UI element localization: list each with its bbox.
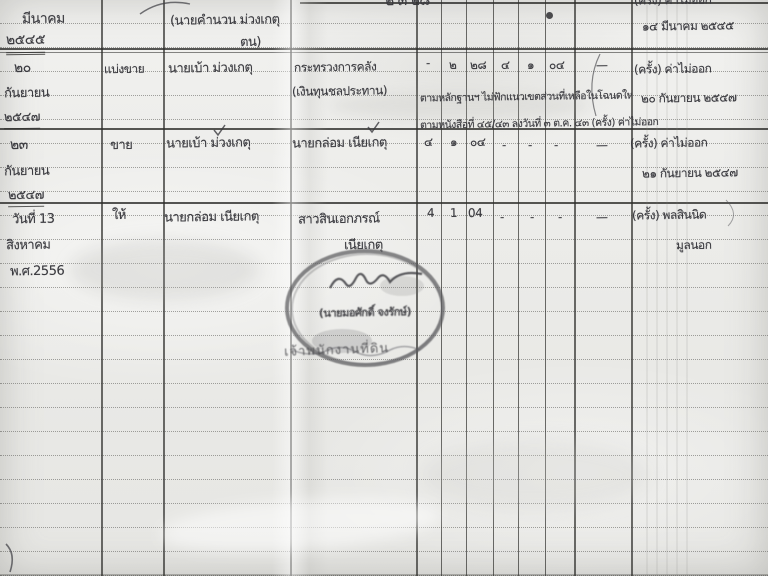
check-mark [214,125,225,135]
check-mark [368,122,379,132]
stray-stroke [140,2,190,14]
stamp-blot [380,276,424,296]
stray-stroke [726,200,734,226]
official-stamp: (นายมอศักดิ์ จงรักษ์) เจ้าพนักงานที่ดิน [282,246,448,372]
stray-stroke [592,54,600,116]
stamp-printed-name: (นายมอศักดิ์ จงรักษ์) [288,302,442,323]
stray-stroke [6,544,12,572]
scanned-ledger-page: ๒ ๓ ๒๘ (ครั้ง) ค่าไม่ออก มีนาคม ๒๕๔๕ (นา… [0,0,768,576]
